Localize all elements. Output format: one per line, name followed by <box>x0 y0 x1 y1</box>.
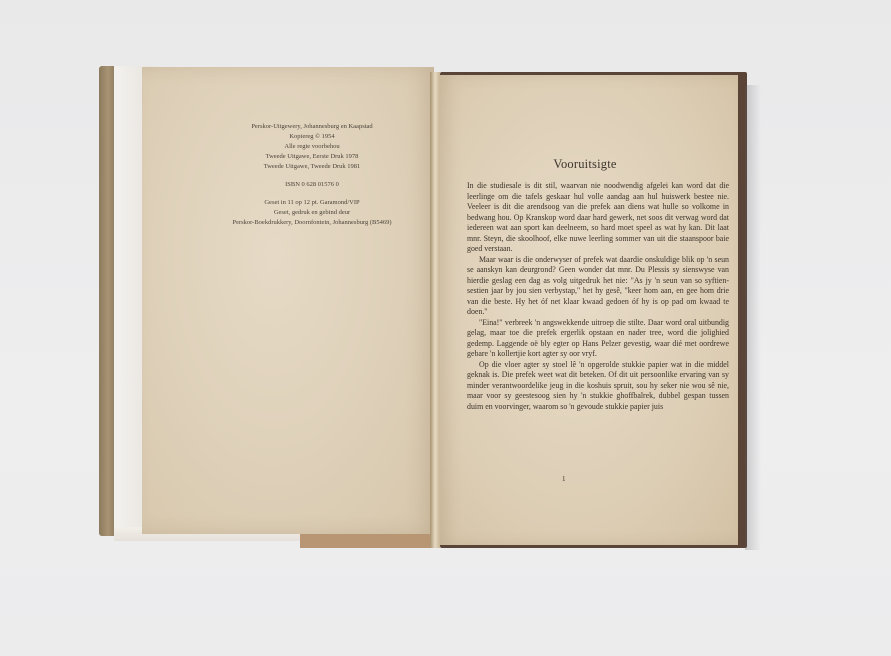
publisher-line: Perskor-Uitgewery, Johannesburg en Kaaps… <box>202 122 422 132</box>
left-cover-board <box>300 534 430 548</box>
chapter-body: In die studiesale is dit stil, waarvan n… <box>467 181 729 412</box>
printer-line: Perskor-Boekdrukkery, Doornfontein, Joha… <box>202 218 422 228</box>
printed-by-line: Geset, gedruk en gebind deur <box>202 208 422 218</box>
paragraph: Op die vloer agter sy stoel lê 'n opgero… <box>467 360 729 413</box>
page-number: 1 <box>562 475 566 483</box>
typeset-line: Geset in 11 op 12 pt. Garamond/VIP <box>202 198 422 208</box>
paragraph: "Eina!" verbreek 'n angswekkende uitroep… <box>467 318 729 360</box>
copyright-year: Kopiereg © 1954 <box>202 132 422 142</box>
isbn: ISBN 0 628 01576 0 <box>202 180 422 190</box>
open-book: TouiheavMgrgrhhebebseADDBlDDDDDD5D Persk… <box>0 0 891 656</box>
rights-line: Alle regte voorbehou <box>202 142 422 152</box>
right-page-chapter: Vooruitsigte In die studiesale is dit st… <box>440 75 738 545</box>
edition-line-1: Tweede Uitgawe, Eerste Druk 1978 <box>202 152 422 162</box>
copyright-block: Perskor-Uitgewery, Johannesburg en Kaaps… <box>202 122 422 228</box>
book-gutter <box>430 72 440 548</box>
left-page-copyright: Perskor-Uitgewery, Johannesburg en Kaaps… <box>142 67 434 534</box>
edition-line-2: Tweede Uitgawe, Tweede Druk 1981 <box>202 162 422 172</box>
paragraph: In die studiesale is dit stil, waarvan n… <box>467 181 729 255</box>
chapter-title: Vooruitsigte <box>440 157 730 172</box>
paragraph: Maar waar is die onderwyser of prefek wa… <box>467 255 729 318</box>
book-shadow <box>745 85 761 550</box>
